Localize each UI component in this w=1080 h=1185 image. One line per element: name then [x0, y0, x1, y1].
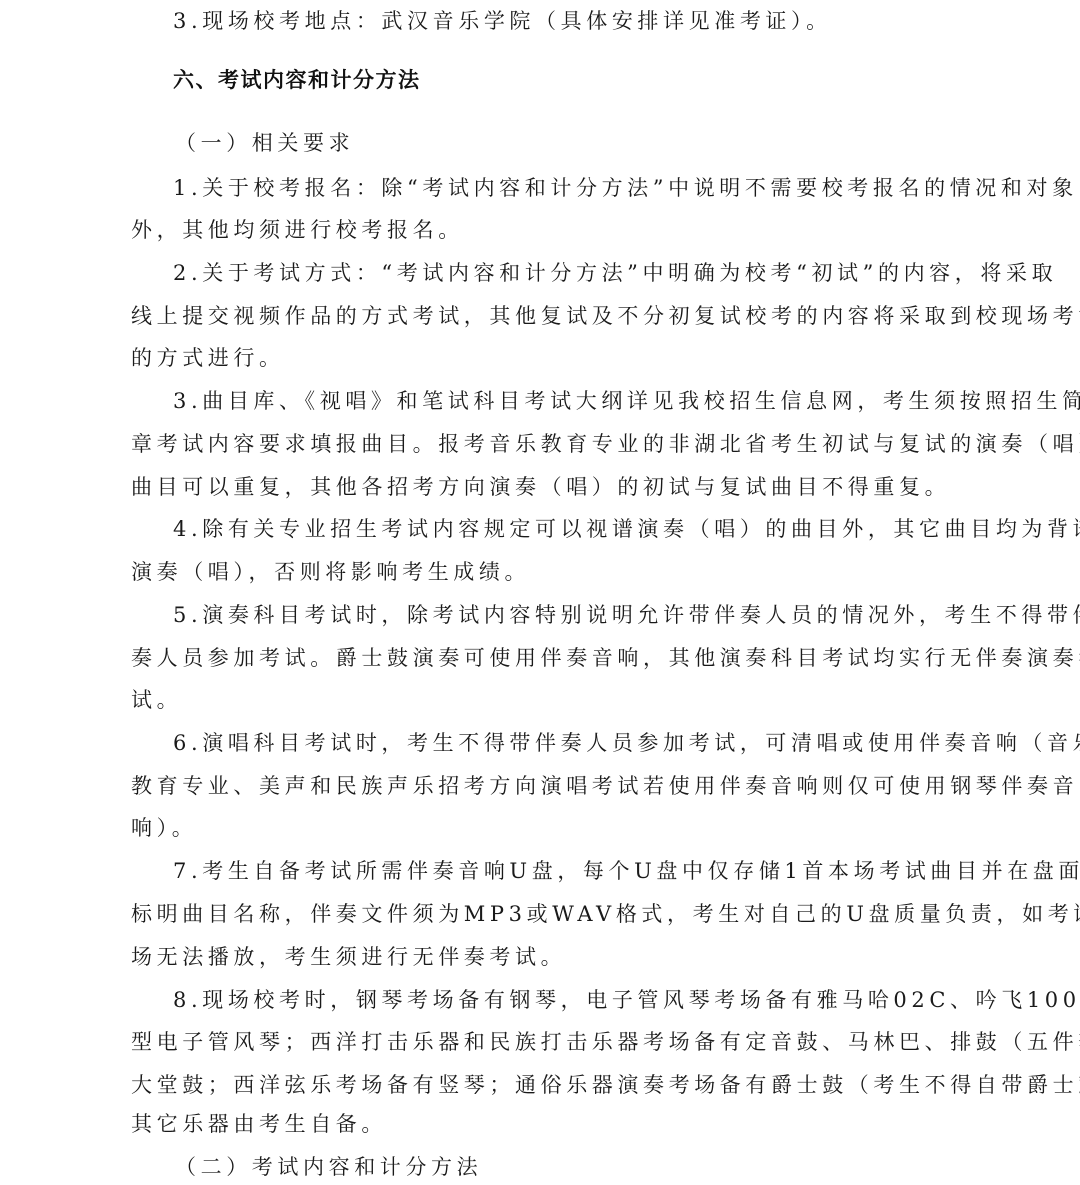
item-3-line-1: 3.曲目库、《视唱》和笔试科目考试大纲详见我校招生信息网，考生须按照招生简: [173, 380, 1080, 422]
item-6-line-1: 6.演唱科目考试时，考生不得带伴奏人员参加考试，可清唱或使用伴奏音响（音乐: [173, 722, 1080, 764]
section-heading-6: 六、考试内容和计分方法: [173, 59, 421, 101]
item-6-line-2: 教育专业、美声和民族声乐招考方向演唱考试若使用伴奏音响则仅可使用钢琴伴奏音: [131, 765, 1078, 807]
item-6-line-3: 响）。: [131, 807, 197, 849]
item-7-line-1: 7.考生自备考试所需伴奏音响U盘，每个U盘中仅存储1首本场考试曲目并在盘面: [173, 850, 1080, 892]
item-3-line-3: 曲目可以重复，其他各招考方向演奏（唱）的初试与复试曲目不得重复。: [131, 466, 950, 508]
subsection-heading-1: （一）相关要求: [175, 122, 354, 164]
item-7-line-3: 场无法播放，考生须进行无伴奏考试。: [131, 936, 566, 978]
item-3-line-2: 章考试内容要求填报曲目。报考音乐教育专业的非湖北省考生初试与复试的演奏（唱）: [131, 423, 1080, 465]
item-8-line-2: 型电子管风琴；西洋打击乐器和民族打击乐器考场备有定音鼓、马林巴、排鼓（五件套）、: [131, 1021, 1080, 1063]
item-1-line-2: 外，其他均须进行校考报名。: [131, 209, 464, 251]
item-3-exam-location: 3.现场校考地点：武汉音乐学院（具体安排详见准考证）。: [173, 0, 832, 42]
item-2-line-1: 2.关于考试方式：“考试内容和计分方法”中明确为校考“初试”的内容，将采取: [173, 252, 1057, 294]
item-5-line-3: 试。: [131, 679, 182, 721]
item-2-line-3: 的方式进行。: [131, 337, 285, 379]
item-7-line-2: 标明曲目名称，伴奏文件须为MP3或WAV格式，考生对自己的U盘质量负责，如考试现: [131, 893, 1080, 935]
item-8-line-3: 大堂鼓；西洋弦乐考场备有竖琴；通俗乐器演奏考场备有爵士鼓（考生不得自带爵士鼓），: [131, 1064, 1080, 1106]
item-5-line-1: 5.演奏科目考试时，除考试内容特别说明允许带伴奏人员的情况外，考生不得带伴: [173, 594, 1080, 636]
item-8-line-1: 8.现场校考时，钢琴考场备有钢琴，电子管风琴考场备有雅马哈02C、吟飞1000E: [173, 979, 1080, 1021]
item-4-line-1: 4.除有关专业招生考试内容规定可以视谱演奏（唱）的曲目外，其它曲目均为背谱: [173, 508, 1080, 550]
item-1-line-1: 1.关于校考报名：除“考试内容和计分方法”中说明不需要校考报名的情况和对象: [173, 167, 1078, 209]
item-8-line-4: 其它乐器由考生自备。: [131, 1103, 387, 1145]
item-5-line-2: 奏人员参加考试。爵士鼓演奏可使用伴奏音响，其他演奏科目考试均实行无伴奏演奏考: [131, 637, 1080, 679]
item-4-line-2: 演奏（唱），否则将影响考生成绩。: [131, 551, 530, 593]
item-2-line-2: 线上提交视频作品的方式考试，其他复试及不分初复试校考的内容将采取到校现场考试: [131, 295, 1080, 337]
subsection-heading-2: （二）考试内容和计分方法: [175, 1146, 482, 1185]
